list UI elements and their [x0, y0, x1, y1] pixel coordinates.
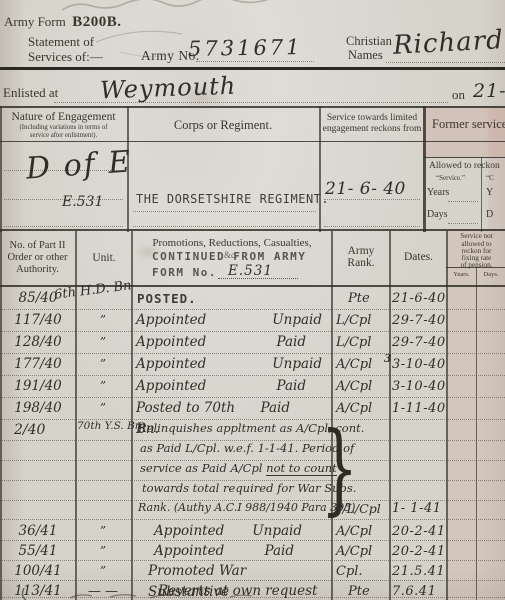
pay-cell: Paid: [277, 376, 307, 397]
authority-cell: 100/41: [4, 561, 72, 582]
service-subheader: “Service.”: [436, 174, 465, 182]
authority-cell: 117/40: [4, 310, 72, 331]
date-cell: 21.5.41: [392, 561, 446, 582]
unit-cell: ”: [76, 354, 130, 375]
days-label-2: D: [486, 209, 493, 220]
enlisted-place-value: Weymouth: [100, 72, 237, 105]
note-line-text: service as Paid A/Cpl: [140, 461, 263, 475]
table-row: 117/40 ” AppointedUnpaid L/Cpl 29-7-40: [0, 310, 505, 331]
pay-cell: Unpaid: [272, 354, 322, 375]
ruling-line: [324, 199, 420, 200]
unit-cell: ”: [76, 332, 130, 353]
date-correction-mark: 3: [384, 348, 392, 369]
date-cell: 20-2-41: [392, 541, 446, 562]
army-no-value: 5731671: [188, 35, 303, 61]
unit-cell: 70th Y.S. Bn.: [77, 420, 145, 432]
pay-cell: Paid: [277, 332, 307, 353]
date-cell: 3-10-40: [392, 376, 446, 397]
enlisted-on-label: on: [452, 87, 465, 103]
unit-cell: ”: [76, 376, 130, 397]
christian-names-label-line1: Christian: [346, 34, 392, 49]
corps-or-regiment-header: Corps or Regiment.: [127, 118, 319, 133]
form-number: B200B.: [72, 14, 121, 30]
campaign-subheader: “C: [486, 174, 494, 182]
event-cell: POSTED.: [137, 288, 197, 309]
authority-cell: 2/40: [14, 422, 45, 438]
pension-header-line1: Service not: [448, 233, 505, 240]
authority-cell: 198/40: [4, 398, 72, 419]
table-row: 198/40 ” Posted to 70th Bn.Paid A/Cpl 1-…: [0, 398, 505, 419]
rank-cell: L/Cpl: [336, 310, 388, 331]
dates-header: Dates.: [391, 251, 446, 263]
rank-cell: Cpl.: [336, 561, 388, 582]
enlisted-date-value: 21-: [473, 80, 505, 102]
christian-names-value: Richard: [392, 25, 504, 61]
regiment-value: THE DORSETSHIRE REGIMENT.: [136, 192, 329, 206]
unit-header: Unit.: [77, 252, 131, 264]
rank-cell: P/L/Cpl: [334, 501, 381, 516]
table-row: 36/41 ” AppointedUnpaid A/Cpl 20-2-41: [0, 521, 505, 542]
form-label-prefix: Army Form: [4, 14, 66, 29]
service-reckons-header-line1: Service towards limited: [321, 113, 423, 123]
nature-header-sub2: service after enlistment).: [0, 132, 127, 139]
dotted-leader: [196, 61, 314, 62]
authority-header-line2: Order or other: [0, 252, 75, 263]
rank-cell: A/Cpl: [336, 354, 388, 375]
event-cell: Appointed: [154, 521, 224, 542]
dotted-leader: [448, 223, 478, 224]
paper-tint: [423, 106, 505, 158]
service-reckons-header-line2: engagement reckons from: [321, 124, 423, 134]
unit-cell: ”: [76, 398, 130, 419]
cut-off-row-marks: [0, 588, 505, 600]
table-row: 191/40 ” AppointedPaid A/Cpl 3-10-40: [0, 376, 505, 397]
engagement-ref-value: E.531: [62, 194, 103, 210]
date-cell: 1-11-40: [392, 398, 446, 419]
dotted-leader: [386, 62, 505, 63]
table-row: 55/41 ” AppointedPaid A/Cpl 20-2-41: [0, 541, 505, 562]
continued-stamp-line1: CONTINUED FROM ARMY: [152, 250, 306, 263]
ruling-line: [4, 226, 123, 227]
rank-cell: L/Cpl: [336, 332, 388, 353]
army-form-b200b-document: Army Form B200B. Statement of Services o…: [0, 0, 505, 600]
unit-cell: ”: [76, 310, 130, 331]
event-cell: Appointed: [154, 541, 224, 562]
grid-line: [423, 157, 505, 158]
rank-cell: A/Cpl: [336, 541, 388, 562]
unit-cell: 6th H.D. Bn: [53, 275, 133, 305]
authority-cell: 191/40: [4, 376, 72, 397]
date-cell: 1- 1-41: [392, 501, 442, 516]
enlisted-at-label: Enlisted at: [3, 85, 58, 101]
continued-stamp-line2: FORM No.: [152, 266, 217, 279]
date-cell: 29-7-40: [392, 332, 446, 353]
date-cell: 29-7-40: [392, 310, 446, 331]
pay-cell: Unpaid: [252, 521, 302, 542]
statement-label-line2: Services of:—: [28, 49, 103, 65]
christian-names-label-line2: Names: [348, 48, 383, 63]
grid-line: [423, 106, 426, 232]
table-row: 177/40 ” AppointedUnpaid A/Cpl 3 3-10-40: [0, 354, 505, 375]
years-label-2: Y: [486, 187, 493, 198]
date-cell: 3-10-40: [392, 354, 446, 375]
engagement-nature-value: D of E: [25, 144, 133, 186]
authority-cell: 128/40: [4, 332, 72, 353]
grid-line: [0, 106, 505, 108]
promotions-header: Promotions, Reductions, Casualties,: [133, 237, 331, 249]
army-rank-header-line1: Army: [333, 245, 389, 257]
dotted-leader: [448, 201, 478, 202]
table-row: 100/41 ” Promoted War Substantive Cpl. 2…: [0, 561, 505, 582]
unit-cell: ”: [76, 561, 130, 582]
reckons-from-value: 21- 6- 40: [325, 179, 406, 199]
event-cell: Appointed: [136, 310, 206, 331]
ruling-line: [133, 211, 316, 212]
authority-header-line3: Authority.: [0, 264, 75, 275]
rank-cell: A/Cpl: [336, 376, 388, 397]
note-line: service as Paid A/Cpl not to count: [140, 461, 337, 475]
table-row: 128/40 ” AppointedPaid L/Cpl 29-7-40: [0, 332, 505, 353]
event-cell: Appointed: [136, 332, 206, 353]
days-label: Days: [427, 209, 448, 220]
event-cell: Appointed: [136, 354, 206, 375]
pay-cell: Unpaid: [272, 310, 322, 331]
army-rank-header-line2: Rank.: [333, 257, 389, 269]
ruling-line: [324, 226, 420, 227]
authority-cell: 36/41: [4, 521, 72, 542]
statement-label-line1: Statement of: [28, 34, 94, 50]
former-service-header: Former service: [432, 117, 505, 132]
years-label: Years: [427, 187, 449, 198]
form-label: Army Form B200B.: [4, 14, 122, 31]
event-cell: Appointed: [136, 376, 206, 397]
pension-years-label: Years.: [447, 271, 476, 278]
nature-of-engagement-header: Nature of Engagement: [0, 111, 127, 123]
nature-header-sub1: (Including variations in terms of: [0, 124, 127, 131]
table-row: 85/40 6th H.D. Bn POSTED. Pte 21-6-40: [0, 288, 505, 309]
unit-cell: ”: [76, 521, 130, 542]
unit-cell: ”: [76, 541, 130, 562]
grid-line: [0, 141, 505, 142]
authority-cell: 55/41: [4, 541, 72, 562]
authority-cell: 177/40: [4, 354, 72, 375]
continued-form-ref: E.531: [228, 263, 273, 279]
pension-days-label: Days.: [477, 271, 505, 278]
note-row: 2/40 70th Y.S. Bn. Relinquishes appltmen…: [0, 420, 505, 520]
date-cell: 20-2-41: [392, 521, 446, 542]
rank-cell: A/Cpl: [336, 521, 388, 542]
pay-cell: Paid: [265, 541, 295, 562]
ruling-line: [133, 226, 316, 227]
authority-header-line1: No. of Part II: [0, 240, 75, 251]
pension-header-line5: of pension.: [448, 261, 505, 269]
allowed-to-reckon-label: Allowed to reckon: [429, 161, 505, 171]
date-cell: 21-6-40: [392, 288, 446, 309]
divider-rule: [0, 67, 505, 70]
